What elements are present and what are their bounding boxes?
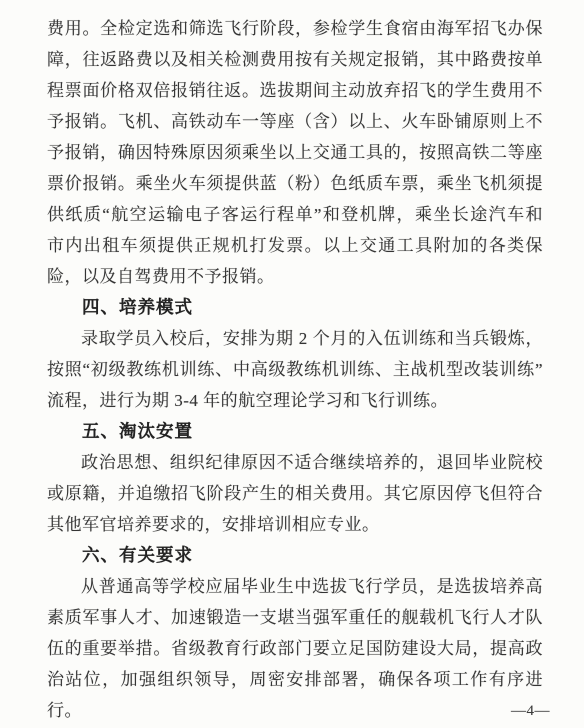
text-line: 票价报销。乘坐火车须提供蓝（粉）色纸质车票，乘坐飞机须提 [47, 168, 543, 199]
section-heading-requirements: 六、有关要求 [47, 540, 543, 571]
document-page: 费用。全检定选和筛选飞行阶段，参检学生食宿由海军招飞办保 障，往返路费以及相关检… [0, 0, 584, 728]
text-line: 予报销，确因特殊原因须乘坐以上交通工具的，按照高铁二等座 [47, 137, 543, 168]
text-line: 费用。全检定选和筛选飞行阶段，参检学生食宿由海军招飞办保 [47, 13, 543, 44]
section-heading-elimination-placement: 五、淘汰安置 [47, 416, 543, 447]
text-line: 素质军事人才、加速锻造一支堪当强军重任的舰载机飞行人才队 [47, 602, 543, 633]
text-line: 从普通高等学校应届毕业生中选拔飞行学员，是选拔培养高 [47, 571, 543, 602]
text-line: 供纸质“航空运输电子客运行程单”和登机牌，乘坐长途汽车和 [47, 199, 543, 230]
page-number: —4— [511, 703, 550, 720]
text-line: 按照“初级教练机训练、中高级教练机训练、主战机型改装训练” [47, 354, 543, 385]
text-line: 流程，进行为期 3-4 年的航空理论学习和飞行训练。 [47, 385, 543, 416]
text-line: 予报销。飞机、高铁动车一等座（含）以上、火车卧铺原则上不 [47, 106, 543, 137]
section-heading-training-model: 四、培养模式 [47, 292, 543, 323]
text-line: 治站位，加强组织领导，周密安排部署，确保各项工作有序进行。 [47, 664, 543, 726]
text-line: 险，以及自驾费用不予报销。 [47, 261, 543, 292]
text-line: 伍的重要举措。省级教育行政部门要立足国防建设大局，提高政 [47, 633, 543, 664]
text-line: 市内出租车须提供正规机打发票。以上交通工具附加的各类保 [47, 230, 543, 261]
text-line: 其他军官培养要求的，安排培训相应专业。 [47, 509, 543, 540]
text-line: 程票面价格双倍报销往返。选拔期间主动放弃招飞的学生费用不 [47, 75, 543, 106]
text-line: 录取学员入校后，安排为期 2 个月的入伍训练和当兵锻炼， [47, 323, 543, 354]
text-line: 障，往返路费以及相关检测费用按有关规定报销，其中路费按单 [47, 44, 543, 75]
text-line: 政治思想、组织纪律原因不适合继续培养的，退回毕业院校 [47, 447, 543, 478]
text-line: 或原籍，并追缴招飞阶段产生的相关费用。其它原因停飞但符合 [47, 478, 543, 509]
document-body: 费用。全检定选和筛选飞行阶段，参检学生食宿由海军招飞办保 障，往返路费以及相关检… [47, 13, 543, 726]
